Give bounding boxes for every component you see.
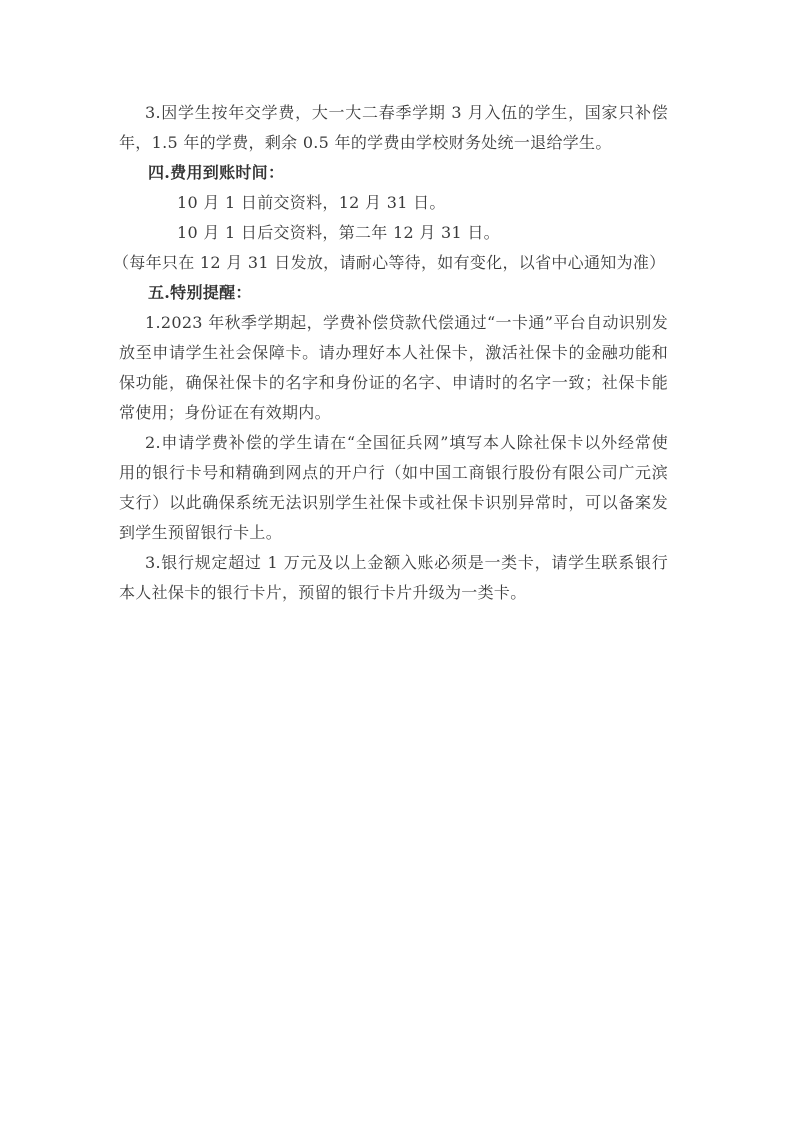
para-5-1-line-4: 常使用；身份证在有效期内。 (119, 398, 668, 428)
para-5-3-line-2: 本人社保卡的银行卡片，预留的银行卡片升级为一类卡。 (119, 578, 668, 608)
para-5-2-line-2: 用的银行卡号和精确到网点的开户行（如中国工商银行股份有限公司广元滨河 (119, 458, 668, 488)
heading-section-4: 四.费用到账时间： (119, 158, 668, 188)
item-after-oct1: 10 月 1 日后交资料，第二年 12 月 31 日。 (119, 218, 668, 248)
heading-section-5: 五.特别提醒： (119, 278, 668, 308)
para-5-2-line-3: 支行）以此确保系统无法识别学生社保卡或社保卡识别异常时，可以备案发放 (119, 488, 668, 518)
para-5-1-line-2: 放至申请学生社会保障卡。请办理好本人社保卡，激活社保卡的金融功能和社 (119, 338, 668, 368)
text-body: 3.因学生按年交学费，大一大二春季学期 3 月入伍的学生，国家只补偿 0.5 年… (119, 98, 668, 608)
para-5-2-line-4: 到学生预留银行卡上。 (119, 518, 668, 548)
para-3-line-2: 年，1.5 年的学费，剩余 0.5 年的学费由学校财务处统一退给学生。 (119, 128, 668, 158)
para-5-1-line-3: 保功能，确保社保卡的名字和身份证的名字、申请时的名字一致；社保卡能正 (119, 368, 668, 398)
para-5-1-line-1: 1.2023 年秋季学期起，学费补偿贷款代偿通过“一卡通”平台自动识别发 (119, 308, 668, 338)
document-page: 3.因学生按年交学费，大一大二春季学期 3 月入伍的学生，国家只补偿 0.5 年… (0, 0, 793, 1122)
note-annual-payout: （每年只在 12 月 31 日发放，请耐心等待，如有变化，以省中心通知为准） (113, 248, 668, 278)
item-before-oct1: 10 月 1 日前交资料，12 月 31 日。 (119, 188, 668, 218)
para-5-3-line-1: 3.银行规定超过 1 万元及以上金额入账必须是一类卡，请学生联系银行将 (119, 548, 668, 578)
para-5-2-line-1: 2.申请学费补偿的学生请在“全国征兵网”填写本人除社保卡以外经常使 (119, 428, 668, 458)
para-3-line-1: 3.因学生按年交学费，大一大二春季学期 3 月入伍的学生，国家只补偿 0.5 (119, 98, 668, 128)
